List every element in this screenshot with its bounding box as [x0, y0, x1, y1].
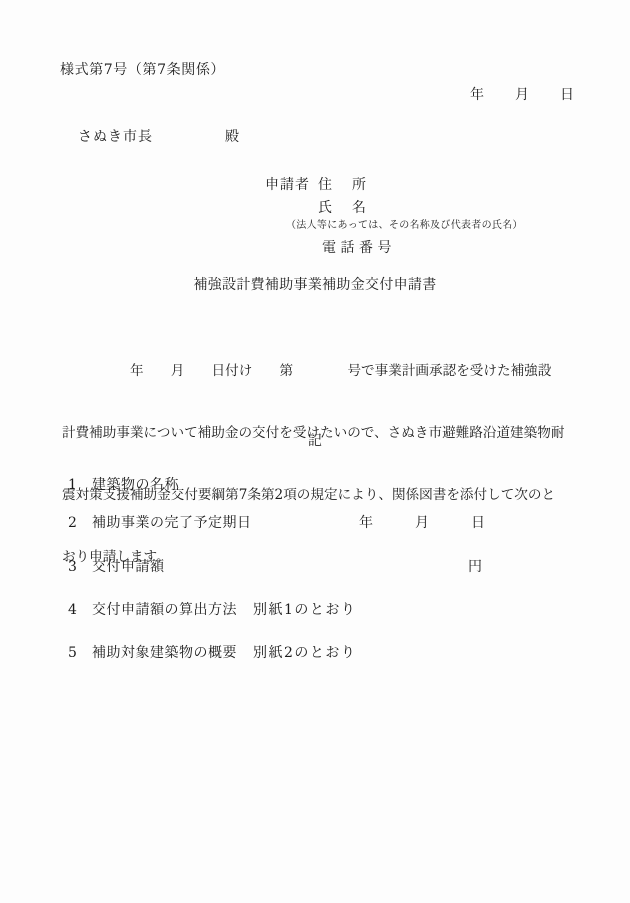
- item-label: 交付申請額: [92, 557, 165, 577]
- item-value-date-blanks: 年 月 日: [359, 513, 485, 533]
- item-label: 交付申請額の算出方法: [92, 600, 237, 620]
- applicant-name-label: 氏 名: [318, 198, 369, 218]
- item-number: 5: [68, 643, 77, 663]
- applicant-address-label: 住 所: [318, 175, 369, 195]
- item-number: 2: [68, 513, 77, 533]
- item-label: 補助対象建築物の概要: [92, 643, 237, 663]
- issue-date-line: 年 月 日: [470, 85, 575, 105]
- corporate-entity-note: （法人等にあっては、その名称及び代表者の氏名）: [286, 216, 523, 236]
- item-row-completion-date: 2 補助事業の完了予定期日 年 月 日: [0, 513, 630, 533]
- item-number: 3: [68, 557, 77, 577]
- item-row-building-overview: 5 補助対象建築物の概要 別紙2のとおり: [0, 643, 630, 663]
- item-value-attachment-1: 別紙1のとおり: [253, 600, 356, 620]
- item-number: 1: [68, 475, 77, 495]
- application-form-page: 様式第7号（第7条関係） 年 月 日 さぬき市長 殿 申請者 住 所 氏 名 （…: [0, 0, 630, 903]
- document-title: 補強設計費補助事業補助金交付申請書: [0, 275, 630, 295]
- list-marker-ki: 記: [0, 431, 630, 451]
- addressee-name: さぬき市長: [78, 127, 153, 147]
- applicant-phone-label: 電話番号: [322, 238, 396, 258]
- item-row-calculation-method: 4 交付申請額の算出方法 別紙1のとおり: [0, 600, 630, 620]
- item-row-application-amount: 3 交付申請額 円: [0, 557, 630, 577]
- item-number: 4: [68, 600, 77, 620]
- applicant-label: 申請者: [265, 175, 310, 195]
- item-row-building-name: 1 建築物の名称: [0, 475, 630, 495]
- item-label: 補助事業の完了予定期日: [92, 513, 252, 533]
- item-value-yen-unit: 円: [468, 557, 482, 577]
- item-value-attachment-2: 別紙2のとおり: [253, 643, 356, 663]
- addressee-honorific: 殿: [225, 127, 239, 147]
- form-number: 様式第7号（第7条関係）: [60, 60, 225, 80]
- item-label: 建築物の名称: [92, 475, 179, 495]
- body-line-1: 年 月 日付け 第 号で事業計画承認を受けた補強設: [62, 360, 574, 382]
